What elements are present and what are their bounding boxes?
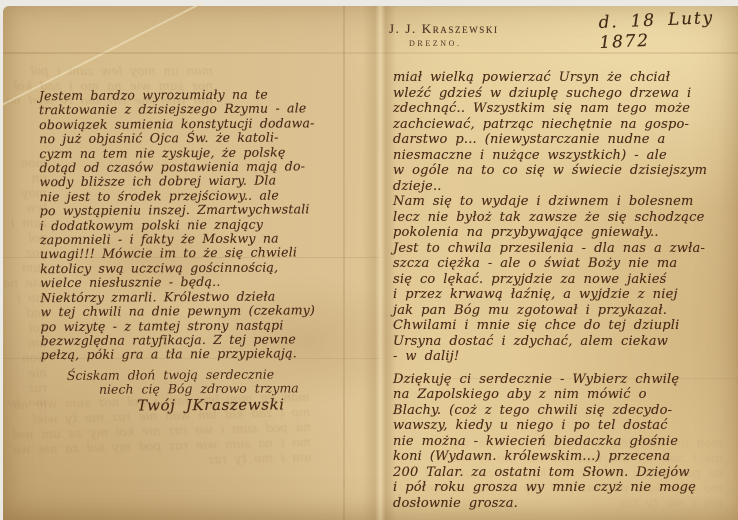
signature: Twój JKraszewski: [137, 397, 371, 414]
handwritten-line: darstwo p... (niewystarczanie nudne a: [393, 132, 738, 148]
handwritten-line: i przez krwawą łaźnię, a wyjdzie z niej: [393, 287, 738, 303]
left-page-text: Jestem bardzo wyrozumiały na tetraktowan…: [39, 87, 371, 414]
letterhead-name: J. J. Kraszewski: [389, 21, 499, 37]
handwritten-line: Ursyna dostać i zdychać, alem ciekaw: [393, 334, 738, 350]
handwritten-line: nie można - kwiecień biedaczka głośnie: [393, 434, 738, 450]
handwritten-line: zachciewać, patrząc niechętnie na gospo-: [393, 117, 738, 133]
letter-photograph: J. J. Kraszewski DREZNO. d. 18 Luty 1872…: [0, 0, 738, 520]
handwritten-line: szcza ciężka - ale o świat Boży nie ma: [393, 256, 738, 272]
handwritten-line: dzieje..: [393, 179, 738, 195]
handwritten-line: dosłownie grosza.: [393, 496, 738, 512]
handwritten-line: się co lękać. przyjdzie za nowe jakieś: [393, 272, 738, 288]
handwritten-line: i pół roku grosza wy mnie czyż nie mogę: [393, 480, 738, 496]
handwritten-line: pełzą, póki gra a tła nie przypiekają.: [41, 346, 371, 363]
handwritten-line: Chwilami i mnie się chce do tej dziupli: [393, 318, 738, 334]
handwritten-line: Dziękuję ci serdecznie - Wybierz chwilę: [393, 372, 738, 388]
letterhead-city: DREZNO.: [409, 39, 499, 48]
right-page-paragraph-2: Dziękuję ci serdecznie - Wybierz chwilęn…: [393, 372, 738, 512]
closing-block: Ściskam dłoń twoją serdecznie niech cię …: [41, 367, 371, 414]
right-page-paragraph-1: miał wielką powierzać Ursyn że chciałwle…: [393, 70, 738, 365]
handwritten-line: Nam się to wydaje i dziwnem i bolesnem: [393, 194, 738, 210]
letter-paper: J. J. Kraszewski DREZNO. d. 18 Luty 1872…: [3, 6, 738, 520]
letterhead: J. J. Kraszewski DREZNO.: [389, 21, 499, 48]
handwritten-line: Blachy. (coż z tego chwili się zdecydo-: [393, 403, 738, 419]
handwritten-line: koni (Wydawn. królewskim...) przecena: [393, 449, 738, 465]
handwritten-line: w ogóle na to co się w świecie dzisiejsz…: [393, 163, 738, 179]
handwritten-line: 200 Talar. za ostatni tom Słown. Dziejów: [393, 465, 738, 481]
handwritten-line: pokolenia na przybywające gniewały..: [393, 225, 738, 241]
right-page-text: miał wielką powierzać Ursyn że chciałwle…: [393, 70, 738, 511]
handwritten-line: Jest to chwila przesilenia - dla nas a z…: [393, 241, 738, 257]
paper-crease: [3, 52, 738, 54]
handwritten-line: jak pan Bóg mu zgotował i przykazał.: [393, 303, 738, 319]
handwritten-line: wleźć gdzieś w dziuplę suchego drzewa i: [393, 86, 738, 102]
handwritten-line: miał wielką powierzać Ursyn że chciał: [393, 70, 738, 86]
handwritten-date: d. 18 Luty 1872: [598, 7, 738, 53]
handwritten-line: niesmaczne i nużące wszystkich) - ale: [393, 148, 738, 164]
handwritten-line: - w dalij!: [393, 349, 738, 365]
handwritten-line: wawszy, kiedy u niego i po tel dostać: [393, 418, 738, 434]
handwritten-line: na Zapolskiego aby z nim mówić o: [393, 387, 738, 403]
handwritten-line: lecz nie byłoż tak zawsze że się schodzą…: [393, 210, 738, 226]
left-page-body: Jestem bardzo wyrozumiały na tetraktowan…: [39, 87, 371, 363]
handwritten-line: zdechnąć.. Wszystkim się nam tego może: [393, 101, 738, 117]
